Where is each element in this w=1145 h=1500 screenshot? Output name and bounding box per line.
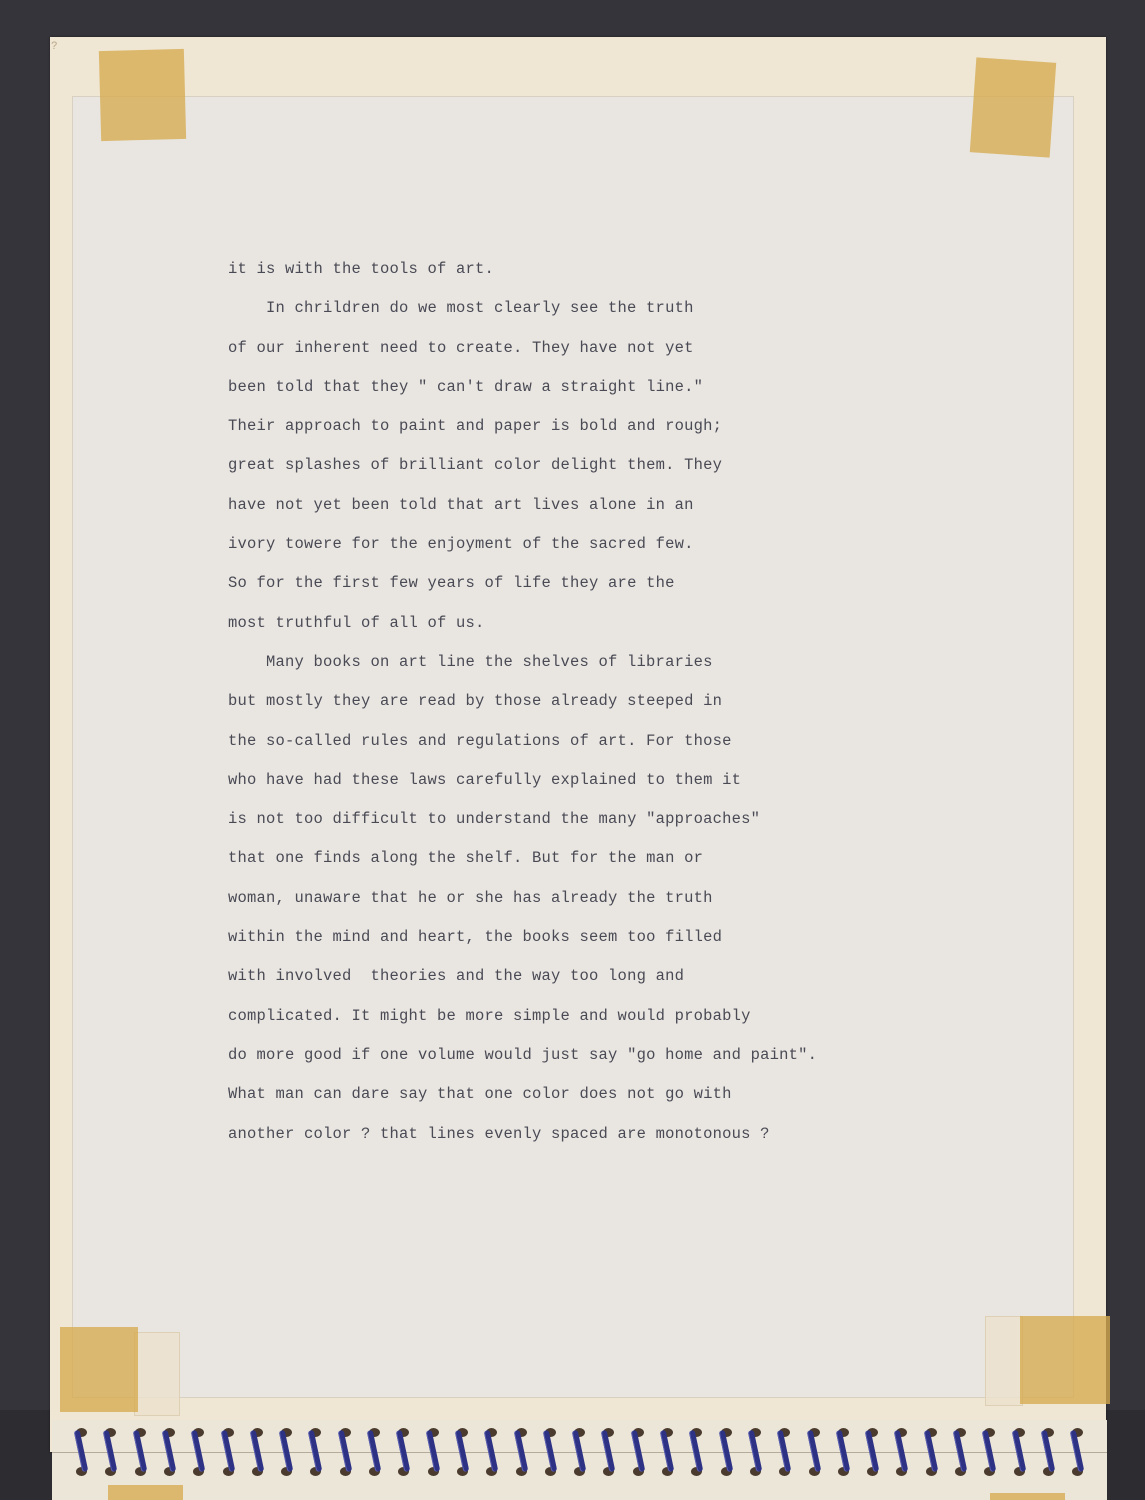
text-line: the so-called rules and regulations of a… <box>228 728 868 767</box>
tape-next-page-right <box>990 1493 1065 1500</box>
text-line: another color ? that lines evenly spaced… <box>228 1121 868 1160</box>
tape-residue-bottom-right <box>985 1316 1023 1406</box>
spiral-coil <box>223 1428 235 1476</box>
spiral-coil <box>838 1428 850 1476</box>
spiral-coil <box>398 1428 410 1476</box>
spiral-coil <box>457 1428 469 1476</box>
spiral-coil <box>135 1428 147 1476</box>
spiral-coil <box>76 1428 88 1476</box>
spiral-coil <box>1072 1428 1084 1476</box>
spiral-coil <box>662 1428 674 1476</box>
spiral-coil <box>896 1428 908 1476</box>
spiral-coil <box>1014 1428 1026 1476</box>
text-line: within the mind and heart, the books see… <box>228 924 868 963</box>
text-line: Many books on art line the shelves of li… <box>228 649 868 688</box>
text-line: complicated. It might be more simple and… <box>228 1003 868 1042</box>
spiral-coil <box>721 1428 733 1476</box>
text-line: been told that they " can't draw a strai… <box>228 374 868 413</box>
spiral-coil <box>926 1428 938 1476</box>
spiral-coil <box>984 1428 996 1476</box>
typed-text: it is with the tools of art.In chrildren… <box>228 256 868 1160</box>
spiral-coil <box>340 1428 352 1476</box>
text-line: So for the first few years of life they … <box>228 570 868 609</box>
text-line: with involved theories and the way too l… <box>228 963 868 1002</box>
text-line: have not yet been told that art lives al… <box>228 492 868 531</box>
text-line: great splashes of brilliant color deligh… <box>228 452 868 491</box>
spiral-coil <box>164 1428 176 1476</box>
tape-next-page-left <box>108 1485 183 1500</box>
text-line: What man can dare say that one color doe… <box>228 1081 868 1120</box>
text-line: is not too difficult to understand the m… <box>228 806 868 845</box>
text-line: of our inherent need to create. They hav… <box>228 335 868 374</box>
corner-mark: ? <box>51 41 58 53</box>
spiral-coil <box>486 1428 498 1476</box>
text-line: ivory towere for the enjoyment of the sa… <box>228 531 868 570</box>
spiral-coil <box>252 1428 264 1476</box>
spiral-coil <box>428 1428 440 1476</box>
text-line: but mostly they are read by those alread… <box>228 688 868 727</box>
spiral-coil <box>369 1428 381 1476</box>
spiral-coil <box>574 1428 586 1476</box>
text-line: it is with the tools of art. <box>228 256 868 295</box>
tape-residue-bottom-left <box>134 1332 180 1416</box>
text-line: Their approach to paint and paper is bol… <box>228 413 868 452</box>
spiral-coil <box>1043 1428 1055 1476</box>
spiral-coil <box>193 1428 205 1476</box>
text-line: who have had these laws carefully explai… <box>228 767 868 806</box>
spiral-coil <box>809 1428 821 1476</box>
tape-bottom-left <box>60 1327 138 1412</box>
spiral-coil <box>779 1428 791 1476</box>
text-line: In chrildren do we most clearly see the … <box>228 295 868 334</box>
spiral-coil <box>955 1428 967 1476</box>
tape-top-left <box>99 49 186 141</box>
spiral-coil <box>105 1428 117 1476</box>
text-line: do more good if one volume would just sa… <box>228 1042 868 1081</box>
tape-top-right <box>970 57 1056 157</box>
spiral-coil <box>603 1428 615 1476</box>
spiral-coil <box>867 1428 879 1476</box>
text-line: woman, unaware that he or she has alread… <box>228 885 868 924</box>
text-line: most truthful of all of us. <box>228 610 868 649</box>
spiral-coil <box>691 1428 703 1476</box>
tape-bottom-right <box>1020 1316 1110 1404</box>
spiral-coil <box>516 1428 528 1476</box>
spiral-coil <box>281 1428 293 1476</box>
spiral-coil <box>545 1428 557 1476</box>
text-line: that one finds along the shelf. But for … <box>228 845 868 884</box>
spiral-coil <box>633 1428 645 1476</box>
spiral-coil <box>750 1428 762 1476</box>
spiral-coil <box>310 1428 322 1476</box>
